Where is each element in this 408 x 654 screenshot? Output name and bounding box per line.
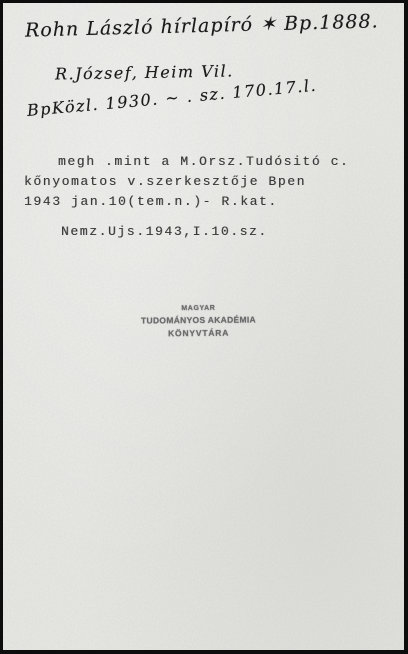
stamp-line-konyvtara: KÖNYVTÁRA [141,328,256,338]
index-card-scan: Rohn László hírlapíró ✶ Bp.1888. R.Józse… [0,0,408,654]
stamp-line-akademia: TUDOMÁNYOS AKADÉMIA [141,315,256,325]
stamp-line-magyar: MAGYAR [141,304,256,312]
typed-source-line: Nemz.Ujs.1943,I.10.sz. [61,224,268,239]
typed-line-3: 1943 jan.10(tem.n.)- R.kat. [24,194,278,209]
typed-line-1: megh .mint a M.Orsz.Tudósitó c. [58,154,349,169]
handwritten-parents-line: R.József, Heim Vil. [55,61,234,83]
library-stamp: MAGYAR TUDOMÁNYOS AKADÉMIA KÖNYVTÁRA [141,304,256,337]
handwritten-name-line: Rohn László hírlapíró ✶ Bp.1888. [25,10,379,41]
typed-line-2: kőnyomatos v.szerkesztője Bpen [24,174,306,189]
